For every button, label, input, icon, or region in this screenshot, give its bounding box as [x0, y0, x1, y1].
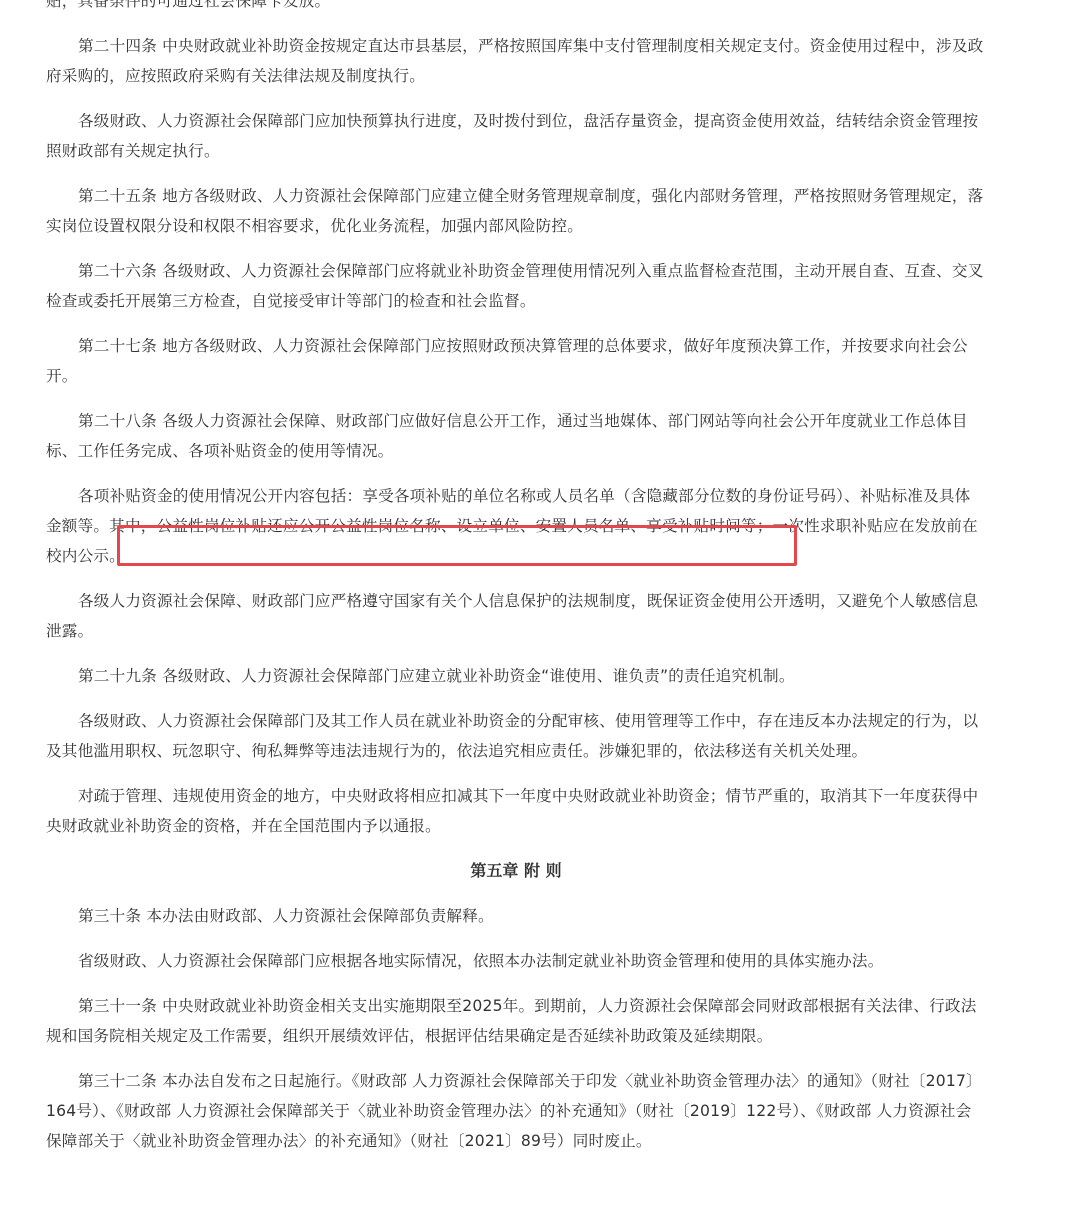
- paragraph-article-25: 第二十五条 地方各级财政、人力资源社会保障部门应建立健全财务管理规章制度，强化内…: [46, 181, 986, 241]
- paragraph-article-29-2: 各级财政、人力资源社会保障部门及其工作人员在就业补助资金的分配审核、使用管理等工…: [46, 706, 986, 766]
- paragraph-article-27: 第二十七条 地方各级财政、人力资源社会保障部门应按照财政预决算管理的总体要求，做…: [46, 331, 986, 391]
- paragraph-article-28: 第二十八条 各级人力资源社会保障、财政部门应做好信息公开工作，通过当地媒体、部门…: [46, 406, 986, 466]
- document-body: 贴，具备条件的可通过社会保障卡发放。 第二十四条 中央财政就业补助资金按规定直达…: [46, 0, 986, 1171]
- paragraph-article-29-3: 对疏于管理、违规使用资金的地方，中央财政将相应扣减其下一年度中央财政就业补助资金…: [46, 781, 986, 841]
- paragraph-article-30: 第三十条 本办法由财政部、人力资源社会保障部负责解释。: [46, 901, 986, 931]
- paragraph-art23-continuation: 贴，具备条件的可通过社会保障卡发放。: [46, 0, 986, 16]
- paragraph-article-26: 第二十六条 各级财政、人力资源社会保障部门应将就业补助资金管理使用情况列入重点监…: [46, 256, 986, 316]
- paragraph-article-28-2: 各项补贴资金的使用情况公开内容包括：享受各项补贴的单位名称或人员名单（含隐藏部分…: [46, 481, 986, 571]
- paragraph-article-29: 第二十九条 各级财政、人力资源社会保障部门应建立就业补助资金“谁使用、谁负责”的…: [46, 661, 986, 691]
- paragraph-article-28-3: 各级人力资源社会保障、财政部门应严格遵守国家有关个人信息保护的法规制度，既保证资…: [46, 586, 986, 646]
- paragraph-article-32: 第三十二条 本办法自发布之日起施行。《财政部 人力资源社会保障部关于印发〈就业补…: [46, 1066, 986, 1156]
- paragraph-article-31: 第三十一条 中央财政就业补助资金相关支出实施期限至2025年。到期前，人力资源社…: [46, 991, 986, 1051]
- paragraph-article-24-2: 各级财政、人力资源社会保障部门应加快预算执行进度，及时拨付到位，盘活存量资金，提…: [46, 106, 986, 166]
- paragraph-article-24: 第二十四条 中央财政就业补助资金按规定直达市县基层，严格按照国库集中支付管理制度…: [46, 31, 986, 91]
- chapter-title: 第五章 附 则: [46, 856, 986, 886]
- paragraph-article-30-2: 省级财政、人力资源社会保障部门应根据各地实际情况，依照本办法制定就业补助资金管理…: [46, 946, 986, 976]
